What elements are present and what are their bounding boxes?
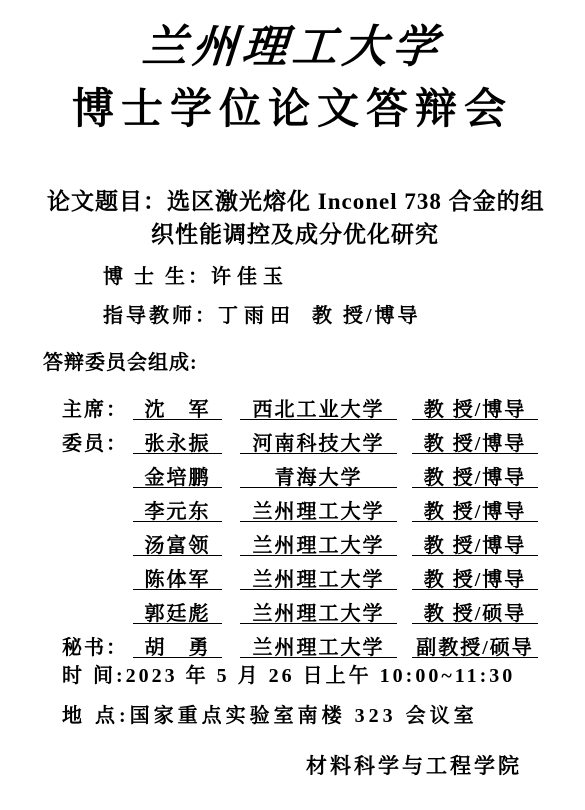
thesis-title-block: 论文题目：选区激光熔化 Inconel 738 合金的组 织性能调控及成分优化研…: [47, 185, 545, 251]
committee-affiliation: 兰州理工大学: [240, 563, 397, 590]
location-label: 地 点:: [62, 705, 130, 727]
committee-title: 教 授/博导: [412, 529, 538, 556]
university-logo-text: 兰州理工大学: [140, 22, 444, 72]
committee-title: 教 授/博导: [412, 393, 538, 420]
time-row: 时 间:2023 年 5 月 26 日上午 10:00~11:30: [62, 659, 515, 688]
department-signature: 材料科学与工程学院: [306, 750, 522, 780]
committee-affiliation: 西北工业大学: [240, 393, 397, 420]
student-name: 许佳玉: [211, 266, 289, 288]
committee-role: 秘书：: [62, 631, 128, 660]
committee-title: 教 授/博导: [412, 427, 538, 454]
advisor-row: 指导教师：丁雨田教 授/博导: [103, 299, 421, 328]
committee-affiliation: 兰州理工大学: [240, 529, 397, 556]
committee-title: 副教授/硕导: [412, 631, 538, 658]
committee-role: 主席：: [62, 393, 128, 422]
student-label: 博 士 生：: [103, 266, 211, 288]
committee-name: 李元东: [133, 495, 222, 522]
committee-affiliation: 兰州理工大学: [240, 597, 397, 624]
committee-role: 委员：: [62, 427, 128, 456]
advisor-label: 指导教师：: [103, 305, 218, 327]
university-logo: 兰州理工大学: [0, 10, 585, 75]
committee-row: 委员： 张永振 河南科技大学 教 授/博导: [0, 427, 585, 457]
advisor-name: 丁雨田: [218, 305, 296, 327]
committee-heading: 答辩委员会组成:: [43, 346, 198, 375]
committee-name: 张永振: [133, 427, 222, 454]
location-row: 地 点:国家重点实验室南楼 323 会议室: [62, 699, 478, 728]
committee-title: 教 授/博导: [412, 563, 538, 590]
time-label: 时 间:: [62, 665, 126, 687]
time-value: 2023 年 5 月 26 日上午 10:00~11:30: [126, 665, 516, 687]
committee-affiliation: 河南科技大学: [240, 427, 397, 454]
committee-name: 沈 军: [133, 393, 222, 420]
thesis-title-line2: 织性能调控及成分优化研究: [47, 218, 545, 251]
page-title: 博士学位论文答辩会: [0, 76, 585, 136]
defense-announcement-page: 兰州理工大学 博士学位论文答辩会 论文题目：选区激光熔化 Inconel 738…: [0, 0, 585, 810]
committee-affiliation: 兰州理工大学: [240, 631, 397, 658]
advisor-title: 教 授/博导: [312, 305, 421, 327]
committee-title: 教 授/硕导: [412, 597, 538, 624]
committee-name: 金培鹏: [133, 461, 222, 488]
committee-row: 主席： 沈 军 西北工业大学 教 授/博导: [0, 393, 585, 423]
committee-name: 汤富领: [133, 529, 222, 556]
committee-row: 金培鹏 青海大学 教 授/博导: [0, 461, 585, 491]
committee-name: 胡 勇: [133, 631, 222, 658]
committee-row: 秘书： 胡 勇 兰州理工大学 副教授/硕导: [0, 631, 585, 661]
thesis-title-line1: 论文题目：选区激光熔化 Inconel 738 合金的组: [47, 185, 545, 218]
committee-row: 陈体军 兰州理工大学 教 授/博导: [0, 563, 585, 593]
committee-name: 陈体军: [133, 563, 222, 590]
student-row: 博 士 生：许佳玉: [103, 260, 289, 289]
thesis-title-label: 论文题目：: [47, 189, 167, 214]
thesis-title-text1: 选区激光熔化 Inconel 738 合金的组: [167, 189, 545, 214]
location-value: 国家重点实验室南楼 323 会议室: [130, 705, 478, 727]
committee-affiliation: 青海大学: [240, 461, 397, 488]
committee-name: 郭廷彪: [133, 597, 222, 624]
committee-row: 郭廷彪 兰州理工大学 教 授/硕导: [0, 597, 585, 627]
committee-row: 李元东 兰州理工大学 教 授/博导: [0, 495, 585, 525]
committee-affiliation: 兰州理工大学: [240, 495, 397, 522]
committee-title: 教 授/博导: [412, 495, 538, 522]
committee-title: 教 授/博导: [412, 461, 538, 488]
committee-row: 汤富领 兰州理工大学 教 授/博导: [0, 529, 585, 559]
